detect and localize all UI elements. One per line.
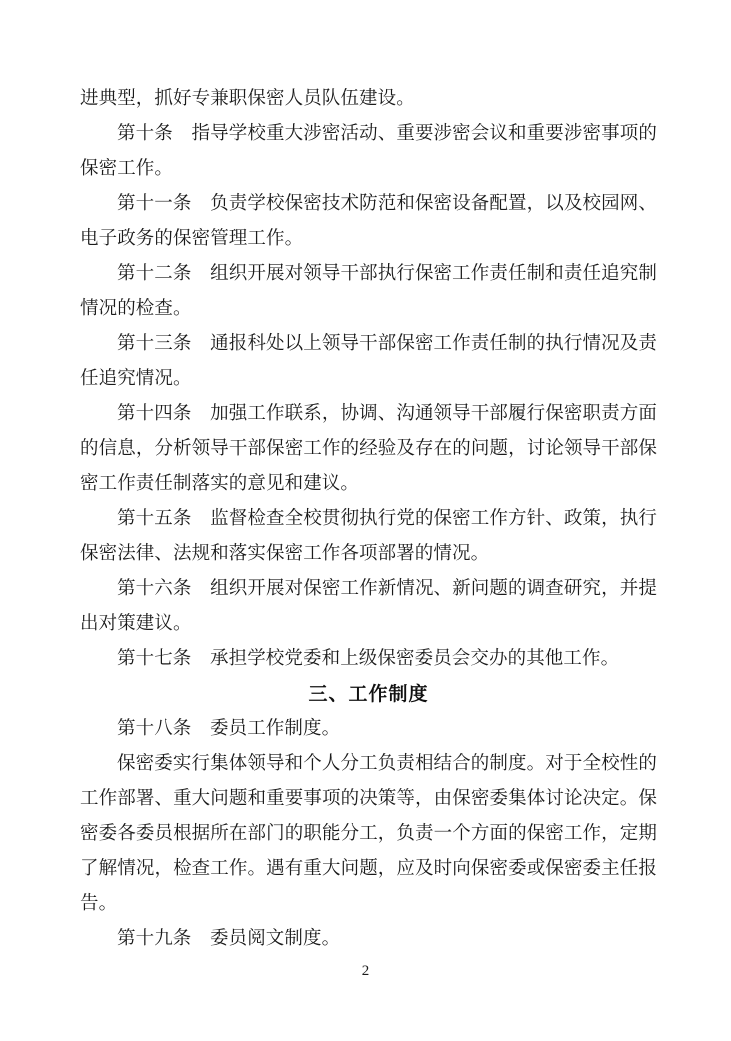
document-body: 进典型，抓好专兼职保密人员队伍建设。第十条 指导学校重大涉密活动、重要涉密会议和… — [80, 82, 657, 957]
paragraph: 第十一条 负责学校保密技术防范和保密设备配置，以及校园网、电子政务的保密管理工作… — [80, 187, 657, 257]
document-page: 进典型，抓好专兼职保密人员队伍建设。第十条 指导学校重大涉密活动、重要涉密会议和… — [0, 0, 731, 1041]
paragraph: 保密委实行集体领导和个人分工负责相结合的制度。对于全校性的工作部署、重大问题和重… — [80, 747, 657, 922]
paragraph: 第十五条 监督检查全校贯彻执行党的保密工作方针、政策，执行保密法律、法规和落实保… — [80, 502, 657, 572]
paragraph: 第十七条 承担学校党委和上级保密委员会交办的其他工作。 — [80, 642, 657, 677]
paragraph: 第十六条 组织开展对保密工作新情况、新问题的调查研究，并提出对策建议。 — [80, 572, 657, 642]
paragraph: 第十九条 委员阅文制度。 — [80, 922, 657, 957]
paragraph: 进典型，抓好专兼职保密人员队伍建设。 — [80, 82, 657, 117]
section-heading: 三、工作制度 — [80, 677, 657, 712]
paragraph: 第十二条 组织开展对领导干部执行保密工作责任制和责任追究制情况的检查。 — [80, 257, 657, 327]
paragraph: 第十四条 加强工作联系，协调、沟通领导干部履行保密职责方面的信息，分析领导干部保… — [80, 397, 657, 502]
paragraph: 第十三条 通报科处以上领导干部保密工作责任制的执行情况及责任追究情况。 — [80, 327, 657, 397]
page-footer: 2 — [0, 961, 731, 981]
page-number: 2 — [362, 963, 370, 979]
paragraph: 第十八条 委员工作制度。 — [80, 712, 657, 747]
paragraph: 第十条 指导学校重大涉密活动、重要涉密会议和重要涉密事项的保密工作。 — [80, 117, 657, 187]
